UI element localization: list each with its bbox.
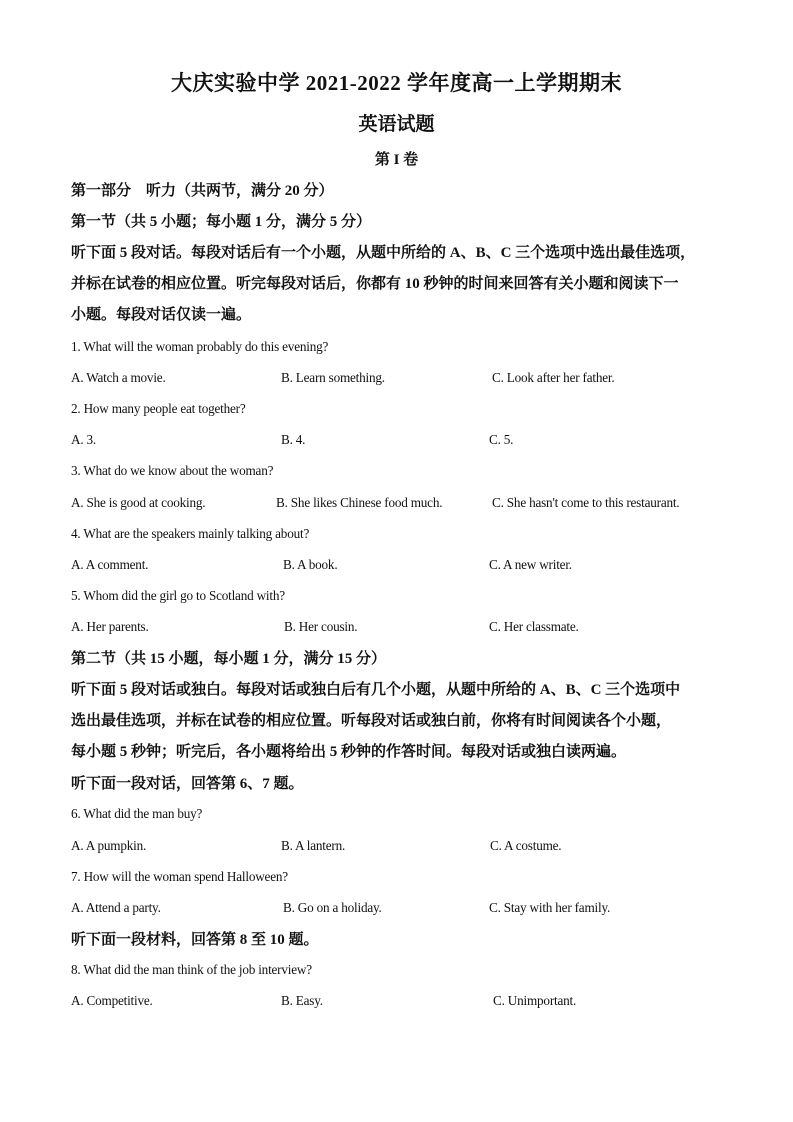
exam-page: 大庆实验中学 2021-2022 学年度高一上学期期末 英语试题 第 I 卷 第… — [0, 0, 793, 1122]
q4-option-c[interactable]: C. A new writer. — [489, 556, 572, 574]
question-2: 2. How many people eat together? — [71, 400, 246, 418]
section1-heading: 第一节（共 5 小题；每小题 1 分，满分 5 分） — [71, 211, 731, 233]
q1-option-c[interactable]: C. Look after her father. — [492, 369, 614, 387]
q6-option-b[interactable]: B. A lantern. — [281, 837, 345, 855]
group1-prompt: 听下面一段对话，回答第 6、7 题。 — [71, 773, 731, 795]
q4-option-b[interactable]: B. A book. — [283, 556, 337, 574]
question-4: 4. What are the speakers mainly talking … — [71, 525, 309, 543]
q4-option-a[interactable]: A. A comment. — [71, 556, 148, 574]
q1-option-a[interactable]: A. Watch a movie. — [71, 369, 166, 387]
q2-option-b[interactable]: B. 4. — [281, 431, 305, 449]
q2-option-a[interactable]: A. 3. — [71, 431, 96, 449]
q8-option-c[interactable]: C. Unimportant. — [493, 992, 576, 1010]
section1-instructions-line3: 小题。每段对话仅读一遍。 — [71, 304, 731, 326]
question-7: 7. How will the woman spend Halloween? — [71, 868, 288, 886]
section1-instructions-line2: 并标在试卷的相应位置。听完每段对话后，你都有 10 秒钟的时间来回答有关小题和阅… — [71, 273, 731, 295]
volume-label: 第 I 卷 — [0, 149, 793, 171]
q3-option-c[interactable]: C. She hasn't come to this restaurant. — [492, 494, 679, 512]
exam-subtitle: 英语试题 — [0, 112, 793, 138]
q3-option-b[interactable]: B. She likes Chinese food much. — [276, 494, 442, 512]
q1-option-b[interactable]: B. Learn something. — [281, 369, 385, 387]
group2-prompt: 听下面一段材料，回答第 8 至 10 题。 — [71, 929, 731, 951]
section2-instructions-line2: 选出最佳选项，并标在试卷的相应位置。听每段对话或独白前，你将有时间阅读各个小题， — [71, 710, 731, 732]
q7-option-a[interactable]: A. Attend a party. — [71, 899, 161, 917]
question-8: 8. What did the man think of the job int… — [71, 961, 312, 979]
question-5: 5. Whom did the girl go to Scotland with… — [71, 587, 285, 605]
exam-title: 大庆实验中学 2021-2022 学年度高一上学期期末 — [0, 69, 793, 97]
q5-option-c[interactable]: C. Her classmate. — [489, 618, 579, 636]
q5-option-a[interactable]: A. Her parents. — [71, 618, 149, 636]
q3-option-a[interactable]: A. She is good at cooking. — [71, 494, 205, 512]
q8-option-b[interactable]: B. Easy. — [281, 992, 323, 1010]
section2-instructions-line1: 听下面 5 段对话或独白。每段对话或独白后有几个小题，从题中所给的 A、B、C … — [71, 679, 731, 701]
part1-heading: 第一部分 听力（共两节，满分 20 分） — [71, 180, 731, 202]
q8-option-a[interactable]: A. Competitive. — [71, 992, 153, 1010]
q5-option-b[interactable]: B. Her cousin. — [284, 618, 357, 636]
q7-option-b[interactable]: B. Go on a holiday. — [283, 899, 382, 917]
section1-instructions-line1: 听下面 5 段对话。每段对话后有一个小题，从题中所给的 A、B、C 三个选项中选… — [71, 242, 731, 264]
question-6: 6. What did the man buy? — [71, 805, 202, 823]
section2-instructions-line3: 每小题 5 秒钟；听完后，各小题将给出 5 秒钟的作答时间。每段对话或独白读两遍… — [71, 741, 731, 763]
section2-heading: 第二节（共 15 小题，每小题 1 分，满分 15 分） — [71, 648, 731, 670]
q7-option-c[interactable]: C. Stay with her family. — [489, 899, 610, 917]
question-1: 1. What will the woman probably do this … — [71, 338, 328, 356]
q6-option-a[interactable]: A. A pumpkin. — [71, 837, 146, 855]
question-3: 3. What do we know about the woman? — [71, 462, 273, 480]
q2-option-c[interactable]: C. 5. — [489, 431, 513, 449]
q6-option-c[interactable]: C. A costume. — [490, 837, 561, 855]
